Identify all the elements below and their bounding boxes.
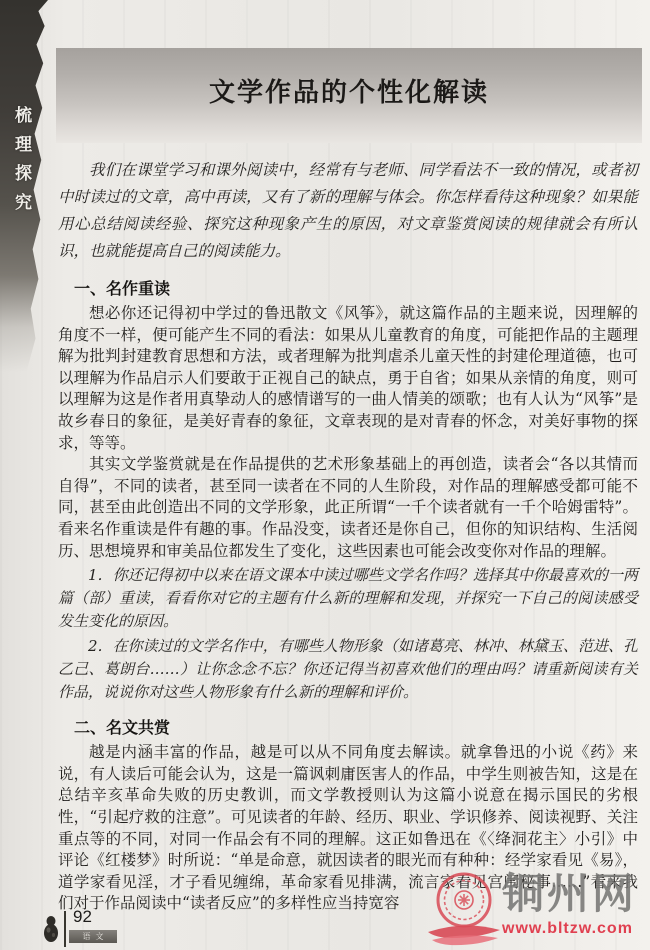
- intro-paragraph: 我们在课堂学习和课外阅读中，经常有与老师、同学看法不一致的情况，或者初中时读过的…: [58, 157, 638, 265]
- section-2-heading: 二、名文共赏: [58, 715, 638, 738]
- footer-divider: [64, 911, 66, 947]
- page-content: 我们在课堂学习和课外阅读中，经常有与老师、同学看法不一致的情况，或者初中时读过的…: [58, 157, 638, 915]
- page-number: 92: [73, 907, 92, 927]
- watermark-site-url: www.bltzw.com: [502, 920, 650, 938]
- site-watermark: 铜州网 www.bltzw.com: [426, 868, 650, 950]
- watermark-site-name: 铜州网: [502, 868, 650, 920]
- watermark-text: 铜州网 www.bltzw.com: [502, 868, 650, 938]
- title-banner: 文学作品的个性化解读: [56, 48, 642, 143]
- page-title: 文学作品的个性化解读: [209, 72, 489, 109]
- section-1-paragraph: 其实文学鉴赏就是在作品提供的艺术形象基础上的再创造，读者会“各以其情而自得”，不…: [58, 454, 638, 562]
- section-1-paragraph: 想必你还记得初中学过的鲁迅散文《风筝》，就这篇作品的主题来说，因理解的角度不一样…: [58, 303, 638, 454]
- exercise-item-1: 1．你还记得初中以来在语文课本中读过哪些文学名作吗？选择其中你最喜欢的一两篇（部…: [58, 564, 638, 633]
- textbook-page: 梳理探究 文学作品的个性化解读 我们在课堂学习和课外阅读中，经常有与老师、同学看…: [0, 0, 650, 950]
- seal-logo-icon: [426, 870, 502, 950]
- page-footer: 92 语文: [40, 905, 160, 947]
- gourd-icon: [42, 915, 60, 947]
- exercise-item-2: 2．在你读过的文学名作中，有哪些人物形象（如诸葛亮、林冲、林黛玉、范进、孔乙己、…: [58, 635, 638, 704]
- subject-badge: 语文: [69, 930, 117, 943]
- spine-unit-label: 梳理探究: [9, 106, 34, 222]
- section-1-heading: 一、名作重读: [58, 276, 638, 299]
